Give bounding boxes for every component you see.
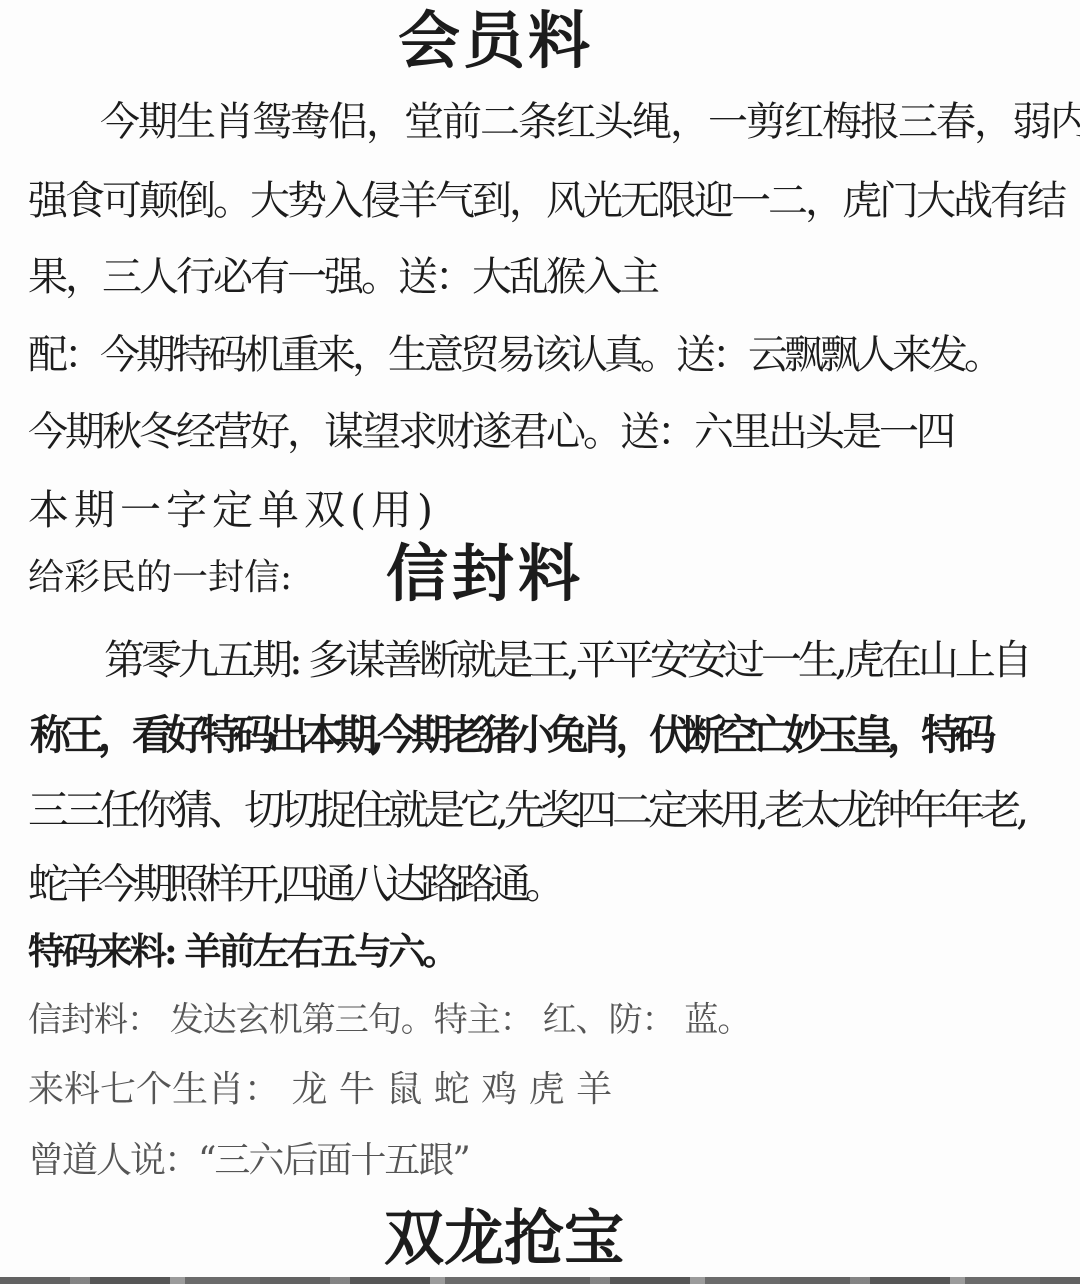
envelope-paragraph-line-1: 第零九五期: 多谋善断就是王,平平安安过一生,虎在山上自 bbox=[104, 636, 1029, 685]
master-quote-line: 曾道人说：“三六后面十五跟” bbox=[28, 1139, 469, 1182]
member-section-title: 会员料 bbox=[398, 4, 593, 78]
member-paragraph-line-3: 果，三人行必有一强。送：大乱猴入主 bbox=[28, 253, 657, 301]
member-season-line: 今期秋冬经营好，谋望求财遂君心。送：六里出头是一四 bbox=[28, 408, 953, 456]
member-paragraph-line-1: 今期生肖鸳鸯侣，堂前二条红头绳，一剪红梅报三春，弱内 bbox=[100, 98, 1080, 146]
member-pairing-line: 配：今期特码机重来，生意贸易该认真。送：云飘飘人来发。 bbox=[28, 331, 1000, 379]
footer-section-title: 双龙抢宝 bbox=[384, 1203, 624, 1275]
envelope-paragraph-line-2: 称王，看好特码出本期,今期老猪小兔肖，伏断空亡妙玉皇，特码 bbox=[30, 711, 989, 760]
zodiac-list-line: 来料七个生肖： 龙 牛 鼠 蛇 鸡 虎 羊 bbox=[28, 1068, 612, 1111]
member-odd-even-line: 本期一字定单双(用) bbox=[28, 486, 438, 535]
envelope-paragraph-line-3: 三三任你猜、切切捉住就是它,先奖四二定来用,老太龙钟年年老, bbox=[28, 786, 1024, 835]
envelope-paragraph-line-4: 蛇羊今期照样开,四通八达路路通。 bbox=[28, 860, 560, 909]
member-paragraph-line-2: 强食可颠倒。大势入侵羊气到，风光无限迎一二，虎门大战有结 bbox=[28, 177, 1064, 225]
envelope-hint-line: 信封料： 发达玄机第三句。特主： 红、防： 蓝。 bbox=[28, 1000, 750, 1041]
scan-bottom-edge-artifact bbox=[0, 1277, 1080, 1284]
envelope-intro-label: 给彩民的一封信: bbox=[28, 556, 292, 599]
special-code-tip-line: 特码来料: 羊前左右五与六。 bbox=[28, 929, 457, 973]
envelope-section-title: 信封料 bbox=[386, 537, 584, 611]
scanned-lottery-tips-document: 会员料 今期生肖鸳鸯侣，堂前二条红头绳，一剪红梅报三春，弱内 强食可颠倒。大势入… bbox=[0, 0, 1080, 1284]
